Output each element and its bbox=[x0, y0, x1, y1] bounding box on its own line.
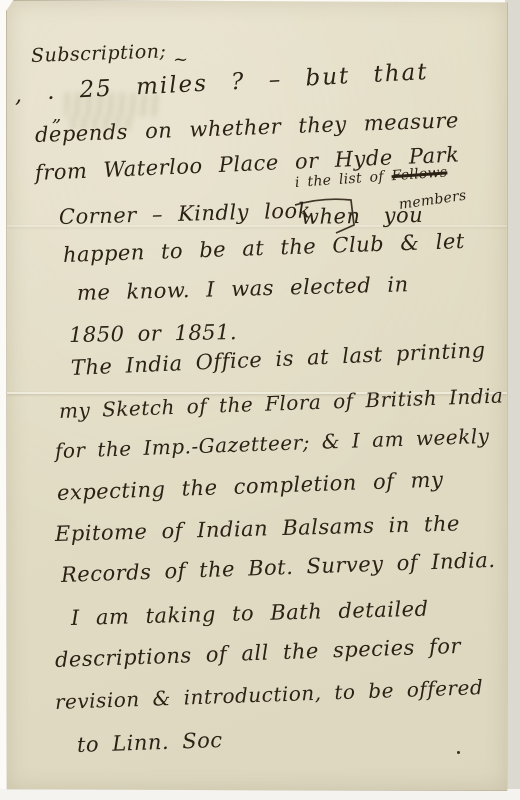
comma-mark: , bbox=[15, 83, 22, 108]
letter-line: happen to be at the Club & let bbox=[63, 229, 466, 267]
letter-line: . 25 miles ? – but that bbox=[46, 59, 429, 105]
insertion-replacement: members bbox=[398, 188, 468, 213]
ink-speck bbox=[457, 751, 460, 754]
squiggle-mark: ~ bbox=[173, 49, 188, 70]
struck-word: Fellows bbox=[391, 164, 448, 184]
letter-line: me know. I was elected in bbox=[77, 272, 409, 305]
letter-line: 1850 or 1851. bbox=[69, 320, 238, 347]
scanned-letter-page: Subscription; ~ , „ . 25 miles ? – but t… bbox=[0, 0, 520, 800]
letter-line: revision & introduction, to be offered bbox=[55, 675, 484, 714]
letter-line: to Linn. Soc bbox=[77, 728, 223, 757]
letter-line: Subscription; bbox=[31, 40, 167, 67]
letter-line: for the Imp.-Gazetteer; & I am weekly bbox=[55, 424, 490, 463]
letter-line: expecting the completion of my bbox=[57, 468, 444, 505]
letter-line: my Sketch of the Flora of British India bbox=[59, 383, 504, 423]
letter-paper: Subscription; ~ , „ . 25 miles ? – but t… bbox=[6, 0, 508, 791]
letter-line: Records of the Bot. Survey of India. bbox=[61, 548, 496, 587]
letter-line: I am taking to Bath detailed bbox=[71, 597, 429, 630]
letter-line: descriptions of all the species for bbox=[55, 634, 462, 672]
letter-line: Epitome of Indian Balsams in the bbox=[55, 511, 461, 546]
